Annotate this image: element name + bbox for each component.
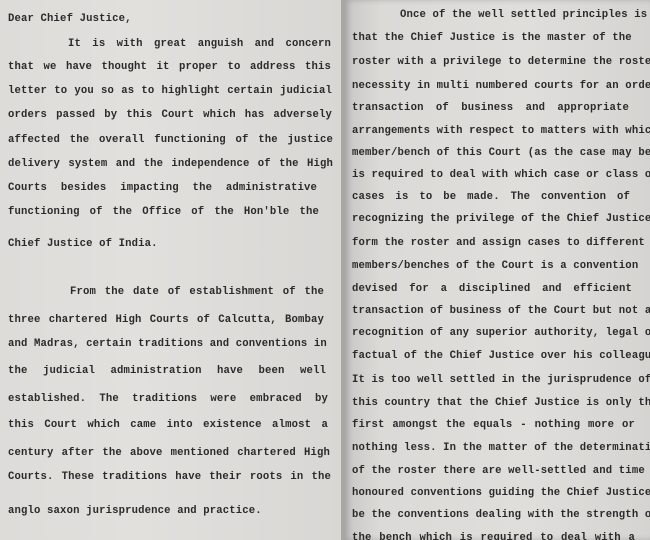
letter-line: the judicial administration have been we… — [8, 364, 326, 378]
letter-line: transaction of business and appropriate — [352, 101, 629, 115]
letter-line: factual of the Chief Justice over his co… — [352, 349, 635, 363]
letter-line: orders passed by this Court which has ad… — [8, 108, 332, 122]
letter-line: that the Chief Justice is the master of … — [352, 31, 624, 45]
letter-line: arrangements with respect to matters wit… — [352, 124, 630, 138]
letter-line: From the date of establishment of the — [70, 285, 324, 299]
letter-line: It is too well settled in the jurisprude… — [352, 373, 634, 387]
letter-line: and Madras, certain traditions and conve… — [8, 337, 325, 351]
letter-line: anglo saxon jurisprudence and practice. — [8, 504, 262, 518]
letter-line: It is with great anguish and concern — [68, 37, 331, 51]
letter-line: members/benches of the Court is a conven… — [352, 259, 633, 273]
letter-line: letter to you so as to highlight certain… — [8, 84, 332, 98]
letter-line: this country that the Chief Justice is o… — [352, 396, 635, 410]
letter-line: nothing less. In the matter of the deter… — [352, 441, 636, 455]
letter-line: recognition of any superior authority, l… — [352, 326, 634, 340]
letter-line: Chief Justice of India. — [8, 237, 158, 251]
letter-line: member/bench of this Court (as the case … — [352, 146, 627, 160]
letter-line: first amongst the equals - nothing more … — [352, 418, 635, 432]
letter-line: roster with a privilege to determine the… — [352, 55, 627, 69]
letter-line: that we have thought it proper to addres… — [8, 60, 331, 74]
letter-line: functioning of the Office of the Hon'ble… — [8, 205, 319, 219]
letter-line: century after the above mentioned charte… — [8, 446, 330, 460]
letter-line: is required to deal with which case or c… — [352, 168, 630, 182]
salutation: Dear Chief Justice, — [8, 12, 132, 26]
letter-line: Courts. These traditions have their root… — [8, 470, 331, 484]
letter-line: established. The traditions were embrace… — [8, 392, 328, 406]
letter-line: cases is to be made. The convention of — [352, 190, 630, 204]
letter-line: the bench which is required to deal with… — [352, 531, 635, 540]
letter-line: Courts besides impacting the administrat… — [8, 181, 317, 195]
letter-line: three chartered High Courts of Calcutta,… — [8, 313, 324, 327]
letter-line: be the conventions dealing with the stre… — [352, 508, 635, 522]
letter-line: Once of the well settled principles is — [400, 8, 624, 22]
letter-line: delivery system and the independence of … — [8, 157, 333, 171]
letter-line: recognizing the privilege of the Chief J… — [352, 212, 630, 226]
letter-page-left: Dear Chief Justice, It is with great ang… — [0, 0, 341, 540]
letter-line: of the roster there are well-settled and… — [352, 464, 635, 478]
letter-line: honoured conventions guiding the Chief J… — [352, 486, 635, 500]
letter-line: this Court which came into existence alm… — [8, 418, 328, 432]
letter-line: devised for a disciplined and efficient — [352, 282, 632, 296]
letter-line: form the roster and assign cases to diff… — [352, 236, 632, 250]
letter-line: affected the overall functioning of the … — [8, 133, 333, 147]
letter-line: necessity in multi numbered courts for a… — [352, 79, 629, 93]
letter-page-right: Once of the well settled principles isth… — [344, 0, 650, 540]
letter-line: transaction of business of the Court but… — [352, 304, 633, 318]
